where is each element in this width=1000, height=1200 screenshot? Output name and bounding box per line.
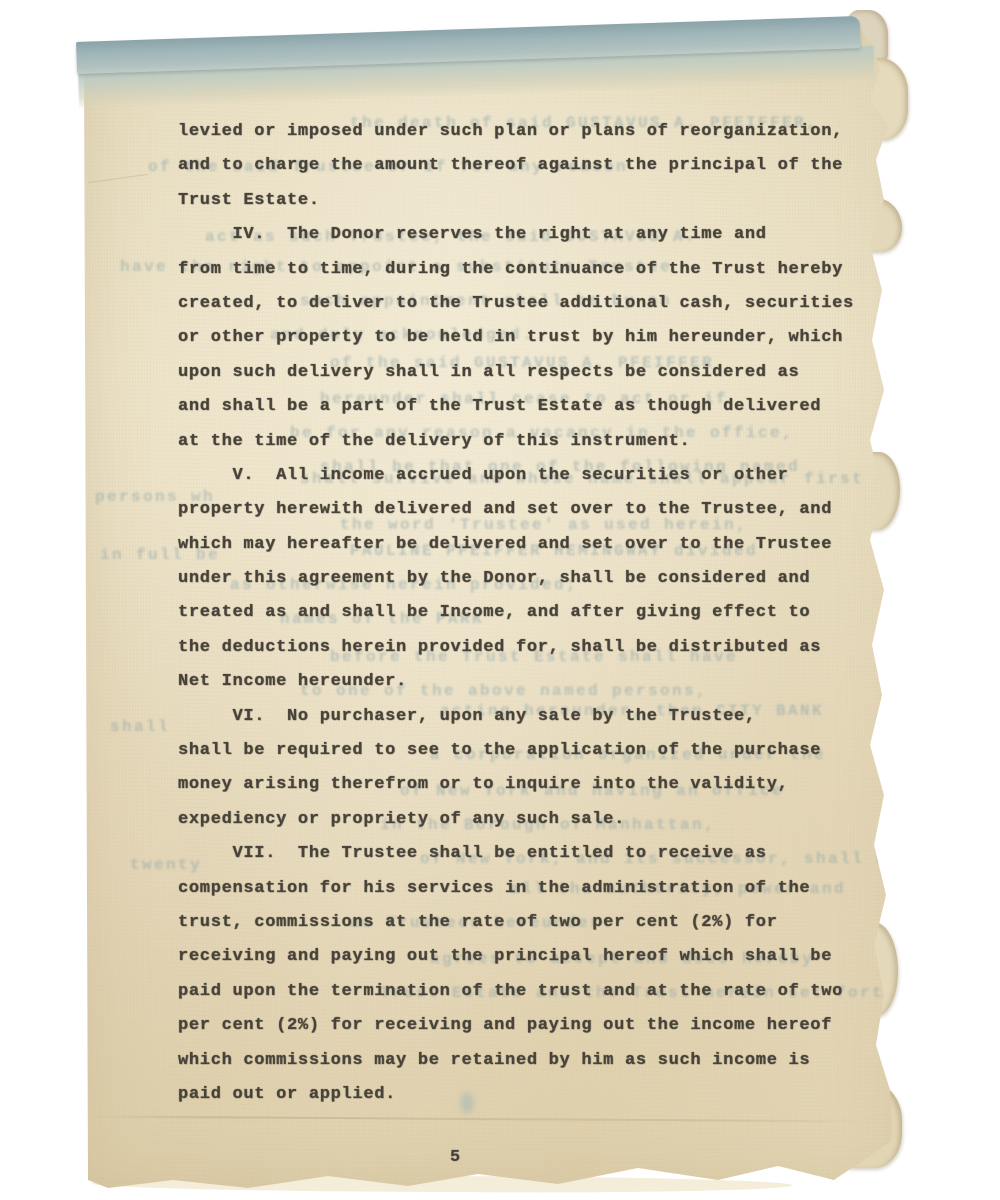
text-line: compensation for his services in the adm… — [178, 879, 878, 913]
text-line: property herewith delivered and set over… — [178, 500, 878, 534]
text-line: receiving and paying out the principal h… — [178, 947, 878, 981]
scanned-document: the death of said GUSTAVUS A. PFEIFFER,o… — [0, 0, 1000, 1200]
text-line: trust, commissions at the rate of two pe… — [178, 913, 878, 947]
ink-smudge — [460, 1092, 474, 1114]
text-line: Trust Estate. — [178, 191, 878, 225]
text-line: which commissions may be retained by him… — [178, 1051, 878, 1085]
text-line: created, to deliver to the Trustee addit… — [178, 294, 878, 328]
text-line: VII. The Trustee shall be entitled to re… — [178, 844, 878, 878]
text-line: V. All income accrued upon the securitie… — [178, 466, 878, 500]
text-line: levied or imposed under such plan or pla… — [178, 122, 878, 156]
text-line: shall be required to see to the applicat… — [178, 741, 878, 775]
text-line: or other property to be held in trust by… — [178, 328, 878, 362]
text-line: under this agreement by the Donor, shall… — [178, 569, 878, 603]
text-line: treated as and shall be Income, and afte… — [178, 603, 878, 637]
text-line: the deductions herein provided for, shal… — [178, 638, 878, 672]
text-line: paid out or applied. — [178, 1085, 878, 1119]
text-line: Net Income hereunder. — [178, 672, 878, 706]
text-line: and to charge the amount thereof against… — [178, 156, 878, 190]
page-number: 5 — [450, 1148, 460, 1167]
bleedthrough-text-line: shall — [110, 718, 170, 736]
text-line: which may hereafter be delivered and set… — [178, 535, 878, 569]
text-line: paid upon the termination of the trust a… — [178, 982, 878, 1016]
text-line: and shall be a part of the Trust Estate … — [178, 397, 878, 431]
text-line: per cent (2%) for receiving and paying o… — [178, 1016, 878, 1050]
text-line: at the time of the delivery of this inst… — [178, 432, 878, 466]
text-line: VI. No purchaser, upon any sale by the T… — [178, 707, 878, 741]
text-line: from time to time, during the continuanc… — [178, 260, 878, 294]
text-line: expediency or propriety of any such sale… — [178, 810, 878, 844]
text-line: IV. The Donor reserves the right at any … — [178, 225, 878, 259]
document-page: the death of said GUSTAVUS A. PFEIFFER,o… — [78, 30, 910, 1194]
text-line: upon such delivery shall in all respects… — [178, 363, 878, 397]
typewritten-text: levied or imposed under such plan or pla… — [178, 122, 878, 1119]
text-line: money arising therefrom or to inquire in… — [178, 775, 878, 809]
